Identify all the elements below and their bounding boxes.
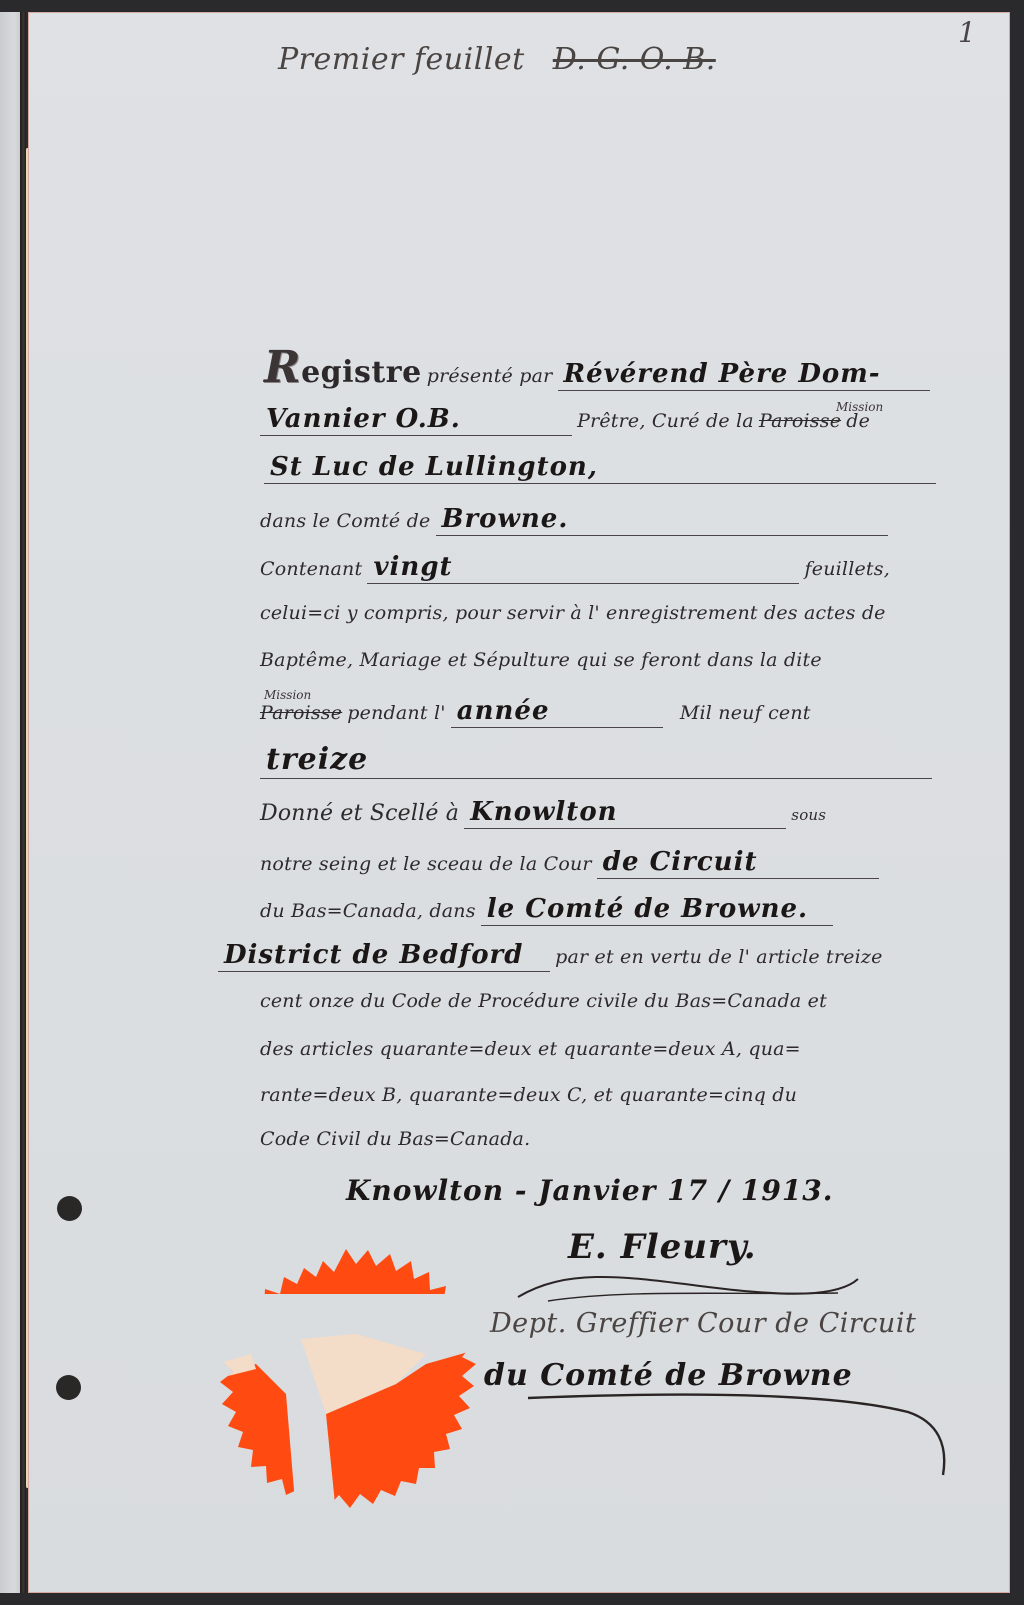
header-annotation: Premier feuillet D. G. O. B. bbox=[278, 42, 716, 77]
sceau-line: notre seing et le sceau de la Cour de Ci… bbox=[260, 847, 879, 879]
premier-feuillet-text: Premier feuillet bbox=[278, 42, 525, 77]
donne-line: Donné et Scellé à Knowlton sous bbox=[260, 797, 826, 829]
parish-name: St Luc de Lullington, bbox=[264, 452, 936, 484]
scan-frame-right bbox=[1010, 0, 1024, 1605]
feuillets-label: feuillets, bbox=[805, 558, 890, 580]
underline-flourish bbox=[528, 1390, 968, 1480]
paragraph-line-3: cent onze du Code de Procédure civile du… bbox=[260, 990, 827, 1012]
punch-hole-upper bbox=[57, 1196, 82, 1221]
signature: E. Fleury. bbox=[568, 1227, 757, 1267]
comte-line: dans le Comté de Browne. bbox=[260, 504, 888, 536]
wafer-seal bbox=[196, 1244, 496, 1514]
scan-frame-top bbox=[0, 0, 1024, 12]
paragraph-line-1: celui=ci y compris, pour servir à l' enr… bbox=[260, 602, 886, 624]
sous-label: sous bbox=[791, 806, 826, 824]
contenant-line: Contenant vingt feuillets, bbox=[260, 552, 890, 584]
donne-value: Knowlton bbox=[464, 797, 786, 829]
header-initials: D. G. O. B. bbox=[553, 42, 716, 77]
vertu-label: par et en vertu de l' article treize bbox=[555, 946, 882, 968]
contenant-label: Contenant bbox=[260, 558, 362, 580]
cour-value: de Circuit bbox=[597, 847, 879, 879]
registre-title: Registre bbox=[264, 355, 422, 390]
pretre-label: Prêtre, Curé de la bbox=[577, 410, 754, 432]
paragraph-line-5: rante=deux B, quarante=deux C, et quaran… bbox=[260, 1084, 797, 1106]
year-line: treize bbox=[260, 742, 932, 779]
registre-dropcap: R bbox=[264, 342, 301, 393]
pretre-line: Vannier O.B. Prêtre, Curé de la Paroisse… bbox=[260, 404, 870, 436]
mission-correction-2: Mission bbox=[264, 688, 311, 702]
presente-par-label: présenté par bbox=[427, 365, 553, 387]
comte-label: dans le Comté de bbox=[260, 510, 430, 532]
parish-line: St Luc de Lullington, bbox=[264, 452, 936, 484]
bas-canada-label: du Bas=Canada, dans bbox=[260, 900, 476, 922]
clerk-title-line-2: du Comté de Browne bbox=[484, 1358, 853, 1393]
mission-correction: Mission bbox=[836, 400, 883, 414]
comte-value: Browne. bbox=[436, 504, 888, 536]
paroisse-struck-2: Paroisse bbox=[260, 702, 342, 724]
mil-label: Mil neuf cent bbox=[680, 702, 811, 724]
registre-line: Registre présenté par Révérend Père Dom- bbox=[264, 342, 930, 393]
folio-number: 1 bbox=[958, 16, 976, 49]
place-date: Knowlton - Janvier 17 / 1913. bbox=[346, 1174, 834, 1207]
donne-label: Donné et Scellé à bbox=[260, 801, 459, 826]
district-line: District de Bedford par et en vertu de l… bbox=[218, 940, 883, 972]
pendant-value: année bbox=[451, 696, 663, 728]
district-value-1: le Comté de Browne. bbox=[481, 894, 833, 926]
signature-flourish bbox=[508, 1267, 868, 1307]
presente-par-value: Révérend Père Dom- bbox=[558, 359, 930, 391]
year-value: treize bbox=[260, 742, 932, 779]
bas-canada-line: du Bas=Canada, dans le Comté de Browne. bbox=[260, 894, 833, 926]
clerk-title-line-1: Dept. Greffier Cour de Circuit bbox=[490, 1308, 916, 1339]
scan-frame-bottom bbox=[0, 1593, 1024, 1605]
name-continued: Vannier O.B. bbox=[260, 404, 572, 436]
pendant-label: pendant l' bbox=[347, 702, 445, 724]
district-value-2: District de Bedford bbox=[218, 940, 550, 972]
paragraph-line-4: des articles quarante=deux et quarante=d… bbox=[260, 1038, 801, 1060]
punch-hole-lower bbox=[56, 1375, 81, 1400]
register-page: 1 Premier feuillet D. G. O. B. Registre … bbox=[28, 12, 1010, 1593]
registre-title-rest: egistre bbox=[301, 355, 422, 390]
paroisse-struck: Paroisse bbox=[759, 410, 841, 432]
paragraph-line-6: Code Civil du Bas=Canada. bbox=[260, 1128, 530, 1150]
sceau-label: notre seing et le sceau de la Cour bbox=[260, 853, 592, 875]
paragraph-line-2: Baptême, Mariage et Sépulture qui se fer… bbox=[260, 649, 822, 671]
pendant-line: Paroisse pendant l' année Mil neuf cent bbox=[260, 696, 811, 728]
contenant-value: vingt bbox=[367, 552, 799, 584]
